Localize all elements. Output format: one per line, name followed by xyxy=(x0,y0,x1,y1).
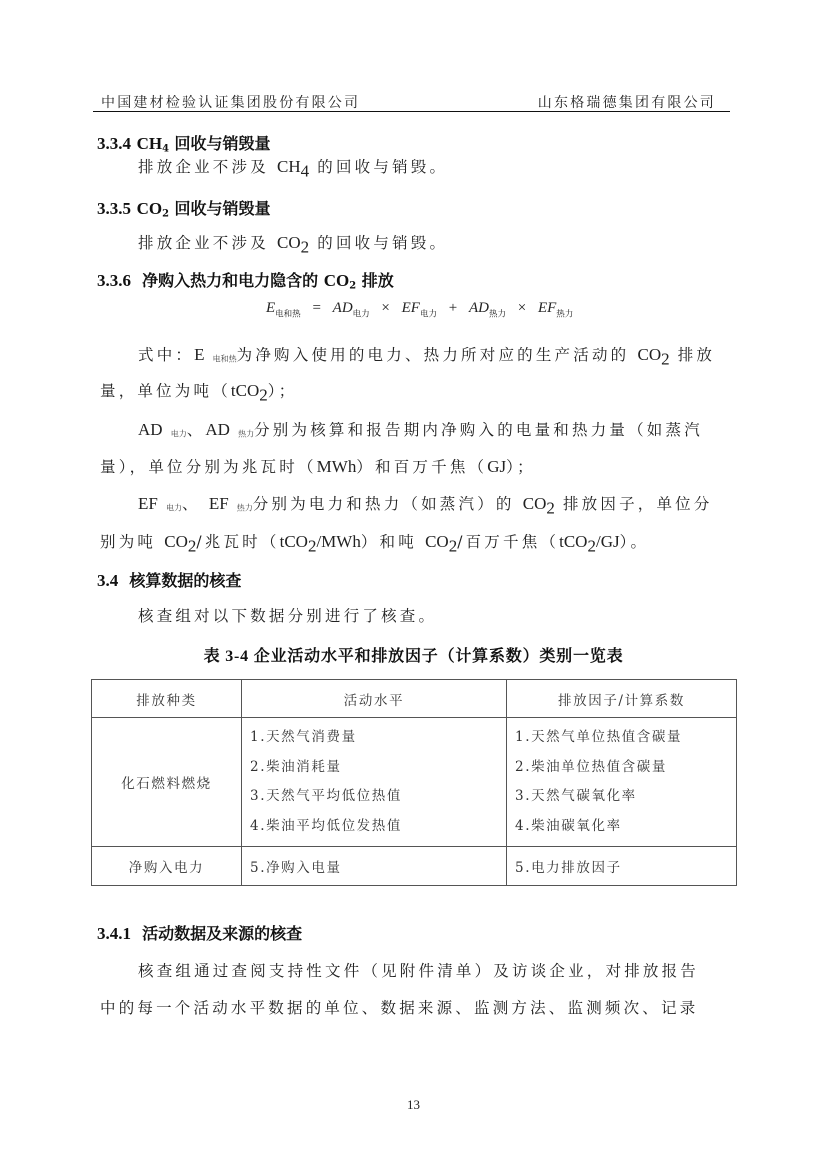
heading-3-3-6: 3.3.6 净购入热力和电力隐含的 CO2 排放 xyxy=(97,268,394,291)
definition-ef-line2: 别为吨 CO2/兆瓦时（tCO2/MWh）和吨 CO2/百万千焦（tCO2/GJ… xyxy=(100,530,649,556)
heading-3-3-5: 3.3.5 CO2 回收与销毁量 xyxy=(97,196,271,219)
definition-e-line2: 量，单位为吨（tCO2）； xyxy=(100,379,297,405)
factor-item: 1.天然气单位热值含碳量 xyxy=(515,723,736,753)
activity-item: 2.柴油消耗量 xyxy=(250,753,506,783)
activity-item: 3.天然气平均低位热值 xyxy=(250,782,506,812)
activity-item: 5.净购入电量 xyxy=(250,856,506,876)
table-caption: 表 3-4 企业活动水平和排放因子（计算系数）类别一览表 xyxy=(0,643,827,666)
factor-item: 5.电力排放因子 xyxy=(515,856,736,876)
definition-ef-line1: EF 电力、 EF 热力分别为电力和热力（如蒸汽）的 CO2 排放因子，单位分 xyxy=(138,492,713,518)
table-cell-category: 化石燃料燃烧 xyxy=(92,718,242,847)
table-cell-factors: 5.电力排放因子 xyxy=(507,847,737,886)
page-number: 13 xyxy=(0,1097,827,1113)
definition-ad-line1: AD 电力、AD 热力分别为核算和报告期内净购入的电量和热力量（如蒸汽 xyxy=(138,418,703,440)
factor-item: 2.柴油单位热值含碳量 xyxy=(515,753,736,783)
table-cell-activity: 1.天然气消费量 2.柴油消耗量 3.天然气平均低位热值 4.柴油平均低位发热值 xyxy=(242,718,507,847)
table-header-cell: 排放因子/计算系数 xyxy=(507,680,737,718)
paragraph-3-4-1-line1: 核查组通过查阅支持性文件（见附件清单）及访谈企业，对排放报告 xyxy=(138,959,699,981)
table-cell-activity: 5.净购入电量 xyxy=(242,847,507,886)
factor-item: 3.天然气碳氧化率 xyxy=(515,782,736,812)
definition-e-line1: 式中：E 电和热为净购入使用的电力、热力所对应的生产活动的 CO2 排放 xyxy=(138,343,715,369)
table-header-cell: 排放种类 xyxy=(92,680,242,718)
emission-formula: E电和热 = AD电力 × EF电力 + AD热力 × EF热力 xyxy=(266,300,573,319)
paragraph-co2: 排放企业不涉及 CO2 的回收与销毁。 xyxy=(138,231,448,257)
heading-3-4: 3.4 核算数据的核查 xyxy=(97,568,241,591)
activity-item: 4.柴油平均低位发热值 xyxy=(250,812,506,842)
table-cell-category: 净购入电力 xyxy=(92,847,242,886)
table-cell-factors: 1.天然气单位热值含碳量 2.柴油单位热值含碳量 3.天然气碳氧化率 4.柴油碳… xyxy=(507,718,737,847)
heading-3-3-4: 3.3.4 CH4 回收与销毁量 xyxy=(97,131,271,154)
paragraph-3-4: 核查组对以下数据分别进行了核查。 xyxy=(138,604,437,626)
definition-ad-line2: 量），单位分别为兆瓦时（MWh）和百万千焦（GJ）； xyxy=(100,455,536,477)
paragraph-ch4: 排放企业不涉及 CH4 的回收与销毁。 xyxy=(138,155,448,181)
header-org-left: 中国建材检验认证集团股份有限公司 xyxy=(101,92,360,112)
activity-item: 1.天然气消费量 xyxy=(250,723,506,753)
header-org-right: 山东格瑞德集团有限公司 xyxy=(538,92,716,112)
paragraph-3-4-1-line2: 中的每一个活动水平数据的单位、数据来源、监测方法、监测频次、记录 xyxy=(100,996,698,1018)
header-divider xyxy=(93,111,730,112)
activity-factor-table: 排放种类 活动水平 排放因子/计算系数 化石燃料燃烧 1.天然气消费量 2.柴油… xyxy=(91,679,737,886)
table-row: 化石燃料燃烧 1.天然气消费量 2.柴油消耗量 3.天然气平均低位热值 4.柴油… xyxy=(92,718,737,847)
heading-3-4-1: 3.4.1 活动数据及来源的核查 xyxy=(97,921,302,944)
table-row: 净购入电力 5.净购入电量 5.电力排放因子 xyxy=(92,847,737,886)
table-header-row: 排放种类 活动水平 排放因子/计算系数 xyxy=(92,680,737,718)
factor-item: 4.柴油碳氧化率 xyxy=(515,812,736,842)
table-header-cell: 活动水平 xyxy=(242,680,507,718)
